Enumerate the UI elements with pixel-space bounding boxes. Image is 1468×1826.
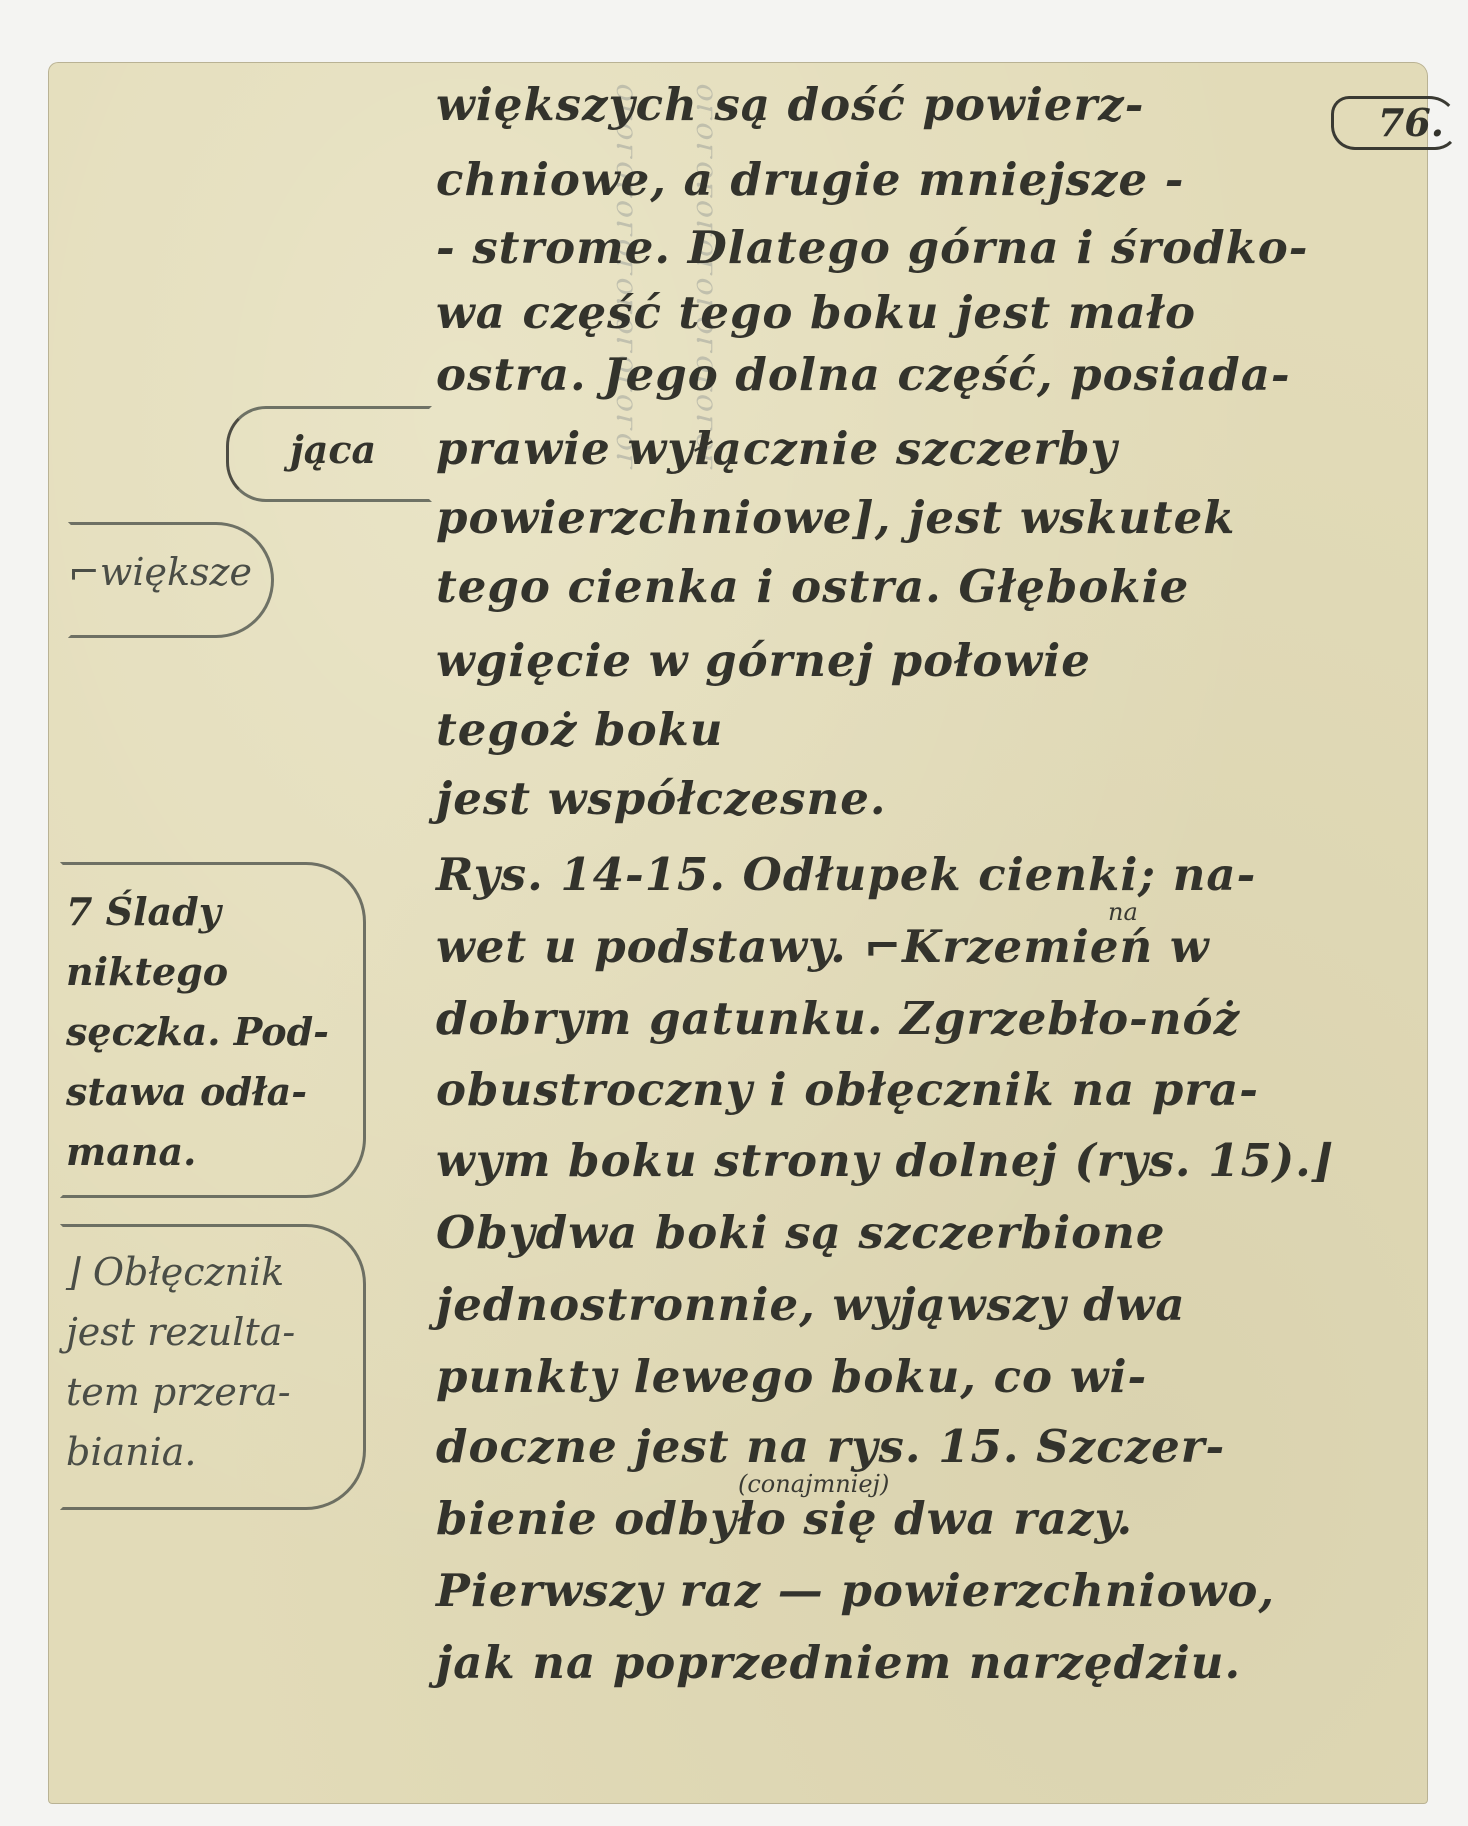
text-line: - strome. Dlatego górna i środko- xyxy=(436,225,1309,270)
interlinear-insertion: (conajmniej) xyxy=(738,1470,889,1498)
text-line: wet u podstawy. ⌐Krzemień w xyxy=(436,924,1210,969)
text-line: ostra. Jego dolna część, posiada- xyxy=(436,352,1291,397)
text-line: Rys. 14-15. Odłupek cienki; na- xyxy=(436,852,1256,897)
text-line: Pierwszy raz — powierzchniowo, xyxy=(436,1568,1275,1613)
text-line: bienie odbyło się dwa razy. xyxy=(436,1496,1133,1541)
page-number: 76. xyxy=(1331,96,1459,150)
text-line: prawie wyłącznie szczerby xyxy=(436,426,1118,471)
text-line: doczne jest na rys. 15. Szczer- xyxy=(436,1424,1225,1469)
text-line: jednostronnie, wyjąwszy dwa xyxy=(436,1282,1186,1327)
margin-note-obleznik-line: biania. xyxy=(66,1422,197,1482)
margin-note-slady-line: 7 Ślady xyxy=(66,882,221,942)
margin-note-obleznik-line: ⌋ Obłęcznik xyxy=(66,1242,284,1302)
text-line: wgięcie w górnej połowie xyxy=(436,638,1091,683)
margin-note-slady-line: stawa odła- xyxy=(66,1062,307,1122)
text-line: tego cienka i ostra. Głębokie xyxy=(436,564,1189,609)
text-line: punkty lewego boku, co wi- xyxy=(436,1354,1147,1399)
text-line: jak na poprzedniem narzędziu. xyxy=(436,1640,1241,1685)
margin-note-wieksze: ⌐większe xyxy=(68,542,252,602)
text-line: chniowe, a drugie mniejsze - xyxy=(436,157,1184,202)
margin-note-obleznik-line: jest rezulta- xyxy=(66,1302,295,1362)
margin-note-slady-line: sęczka. Pod- xyxy=(66,1002,329,1062)
text-line: większych są dość powierz- xyxy=(436,82,1144,127)
text-line: jest współczesne. xyxy=(436,776,887,821)
text-line: wa część tego boku jest mało xyxy=(436,290,1196,335)
text-line: obustroczny i obłęcznik na pra- xyxy=(436,1067,1259,1112)
margin-note-slady-line: mana. xyxy=(66,1122,196,1182)
margin-note-slady-line: niktego xyxy=(66,942,228,1002)
text-line: Obydwa boki są szczerbione xyxy=(436,1210,1166,1255)
interlinear-insertion: na xyxy=(1108,898,1138,926)
manuscript-page: ⲟⲅⲟⲅⲟⲅⲟⲅⲟⲅⲟⲅⲟⲅⲟⲅⲟⲅⲟⲅ ⲟⲅⲟⲅⲟⲅⲟⲅⲟⲅⲟⲅⲟⲅⲟⲅⲟⲅⲟ… xyxy=(48,62,1428,1804)
margin-note-obleznik-line: tem przera- xyxy=(66,1362,291,1422)
margin-note-jaca: jąca xyxy=(290,420,376,480)
text-line: tegoż boku xyxy=(436,707,724,752)
text-line: powierzchniowe], jest wskutek xyxy=(436,495,1235,540)
text-line: dobrym gatunku. Zgrzebło-nóż xyxy=(436,996,1240,1041)
text-line: wym boku strony dolnej (rys. 15).⌋ xyxy=(436,1138,1334,1183)
